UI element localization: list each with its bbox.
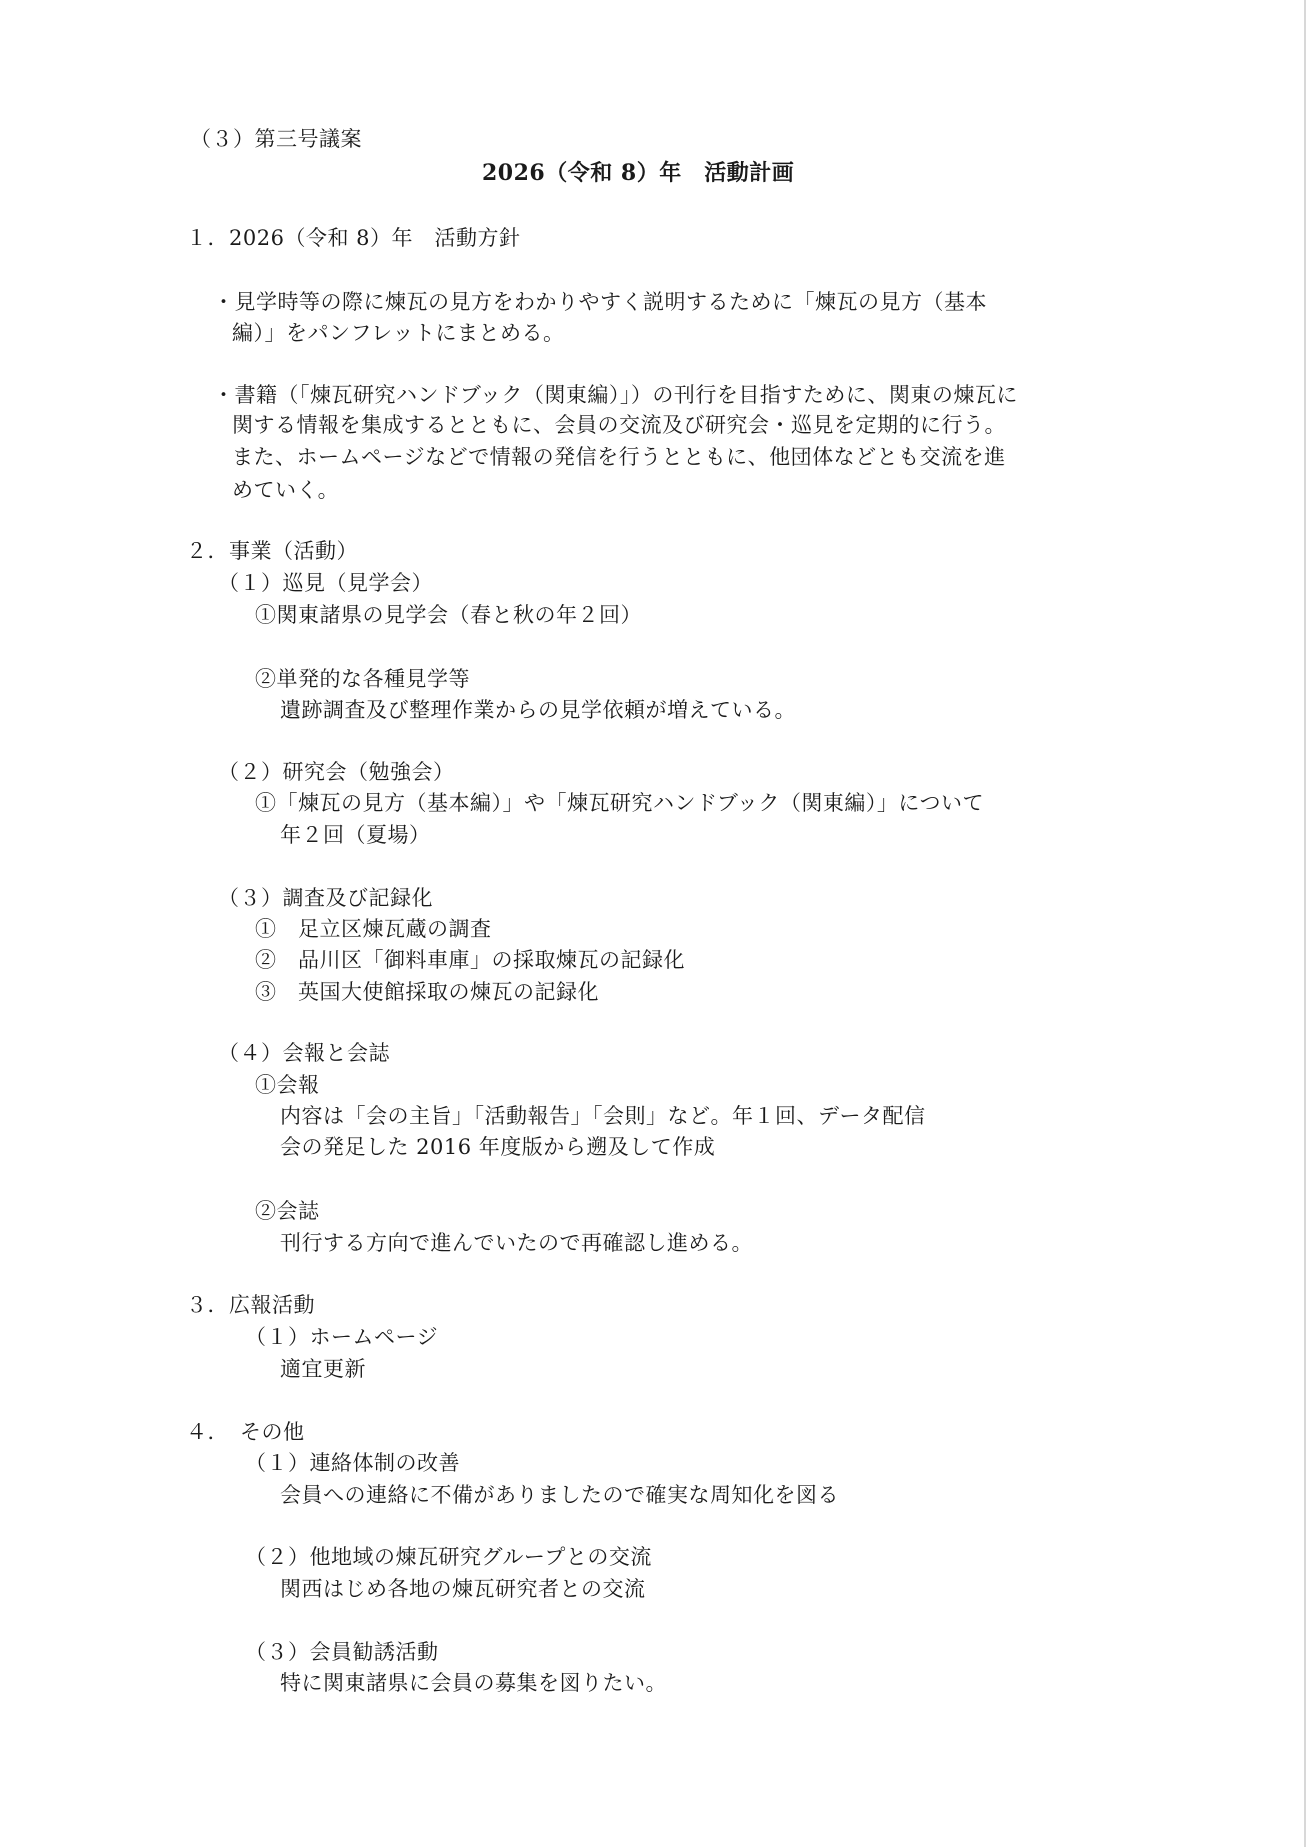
item-label: ② 品川区「御料車庫」の採取煉瓦の記録化 (255, 946, 685, 974)
section-heading-1: １．2026（令和 8）年 活動方針 (186, 224, 520, 252)
item-body: 会の発足した 2016 年度版から遡及して作成 (280, 1133, 715, 1161)
bullet-line: ・見学時等の際に煉瓦の見方をわかりやすく説明するために「煉瓦の見方（基本 (213, 288, 987, 316)
item-label: ① 足立区煉瓦蔵の調査 (255, 915, 492, 943)
subsection-heading: （１）巡見（見学会） (218, 569, 433, 597)
item-label: ①「煉瓦の見方（基本編）」や「煉瓦研究ハンドブック（関東編）」について (255, 789, 984, 817)
item-body: 内容は「会の主旨」「活動報告」「会則」など。年１回、データ配信 (280, 1102, 926, 1130)
subsection-heading: （１）連絡体制の改善 (245, 1449, 460, 1477)
item-label: ②会誌 (255, 1197, 320, 1225)
subsection-heading: （１）ホームページ (245, 1323, 438, 1351)
item-body: 刊行する方向で進んでいたので再確認し進める。 (280, 1229, 753, 1257)
agenda-label: （３）第三号議案 (190, 125, 362, 153)
page-title: 2026（令和 8）年 活動計画 (482, 159, 794, 187)
item-body: 遺跡調査及び整理作業からの見学依頼が増えている。 (280, 696, 796, 724)
subsection-body: 会員への連絡に不備がありましたので確実な周知化を図る (280, 1481, 839, 1509)
subsection-body: 関西はじめ各地の煉瓦研究者との交流 (280, 1575, 646, 1603)
item-label: ①関東諸県の見学会（春と秋の年２回） (255, 601, 642, 629)
section-heading-3: ３．広報活動 (186, 1291, 315, 1319)
subsection-heading: （３）会員勧誘活動 (245, 1638, 439, 1666)
subsection-heading: （４）会報と会誌 (218, 1039, 390, 1067)
item-body: 年２回（夏場） (280, 821, 431, 849)
item-label: ①会報 (255, 1071, 320, 1099)
subsection-heading: （２）他地域の煉瓦研究グループとの交流 (245, 1543, 652, 1571)
subsection-heading: （３）調査及び記録化 (218, 884, 433, 912)
section-heading-2: ２．事業（活動） (186, 537, 358, 565)
subsection-heading: （２）研究会（勉強会） (218, 758, 455, 786)
section-heading-4: ４． その他 (186, 1418, 305, 1446)
item-label: ③ 英国大使館採取の煉瓦の記録化 (255, 978, 599, 1006)
subsection-body: 特に関東諸県に会員の募集を図りたい。 (280, 1669, 667, 1697)
subsection-body: 適宜更新 (280, 1355, 366, 1383)
bullet-line: また、ホームページなどで情報の発信を行うとともに、他団体などとも交流を進 (232, 443, 1006, 471)
bullet-line: ・書籍（「煉瓦研究ハンドブック（関東編）」）の刊行を目指すために、関東の煉瓦に (213, 381, 1018, 409)
bullet-line: 編）」をパンフレットにまとめる。 (232, 319, 564, 347)
bullet-line: 関する情報を集成するとともに、会員の交流及び研究会・巡見を定期的に行う。 (232, 411, 1006, 439)
bullet-line: めていく。 (232, 476, 339, 504)
item-label: ②単発的な各種見学等 (255, 665, 470, 693)
